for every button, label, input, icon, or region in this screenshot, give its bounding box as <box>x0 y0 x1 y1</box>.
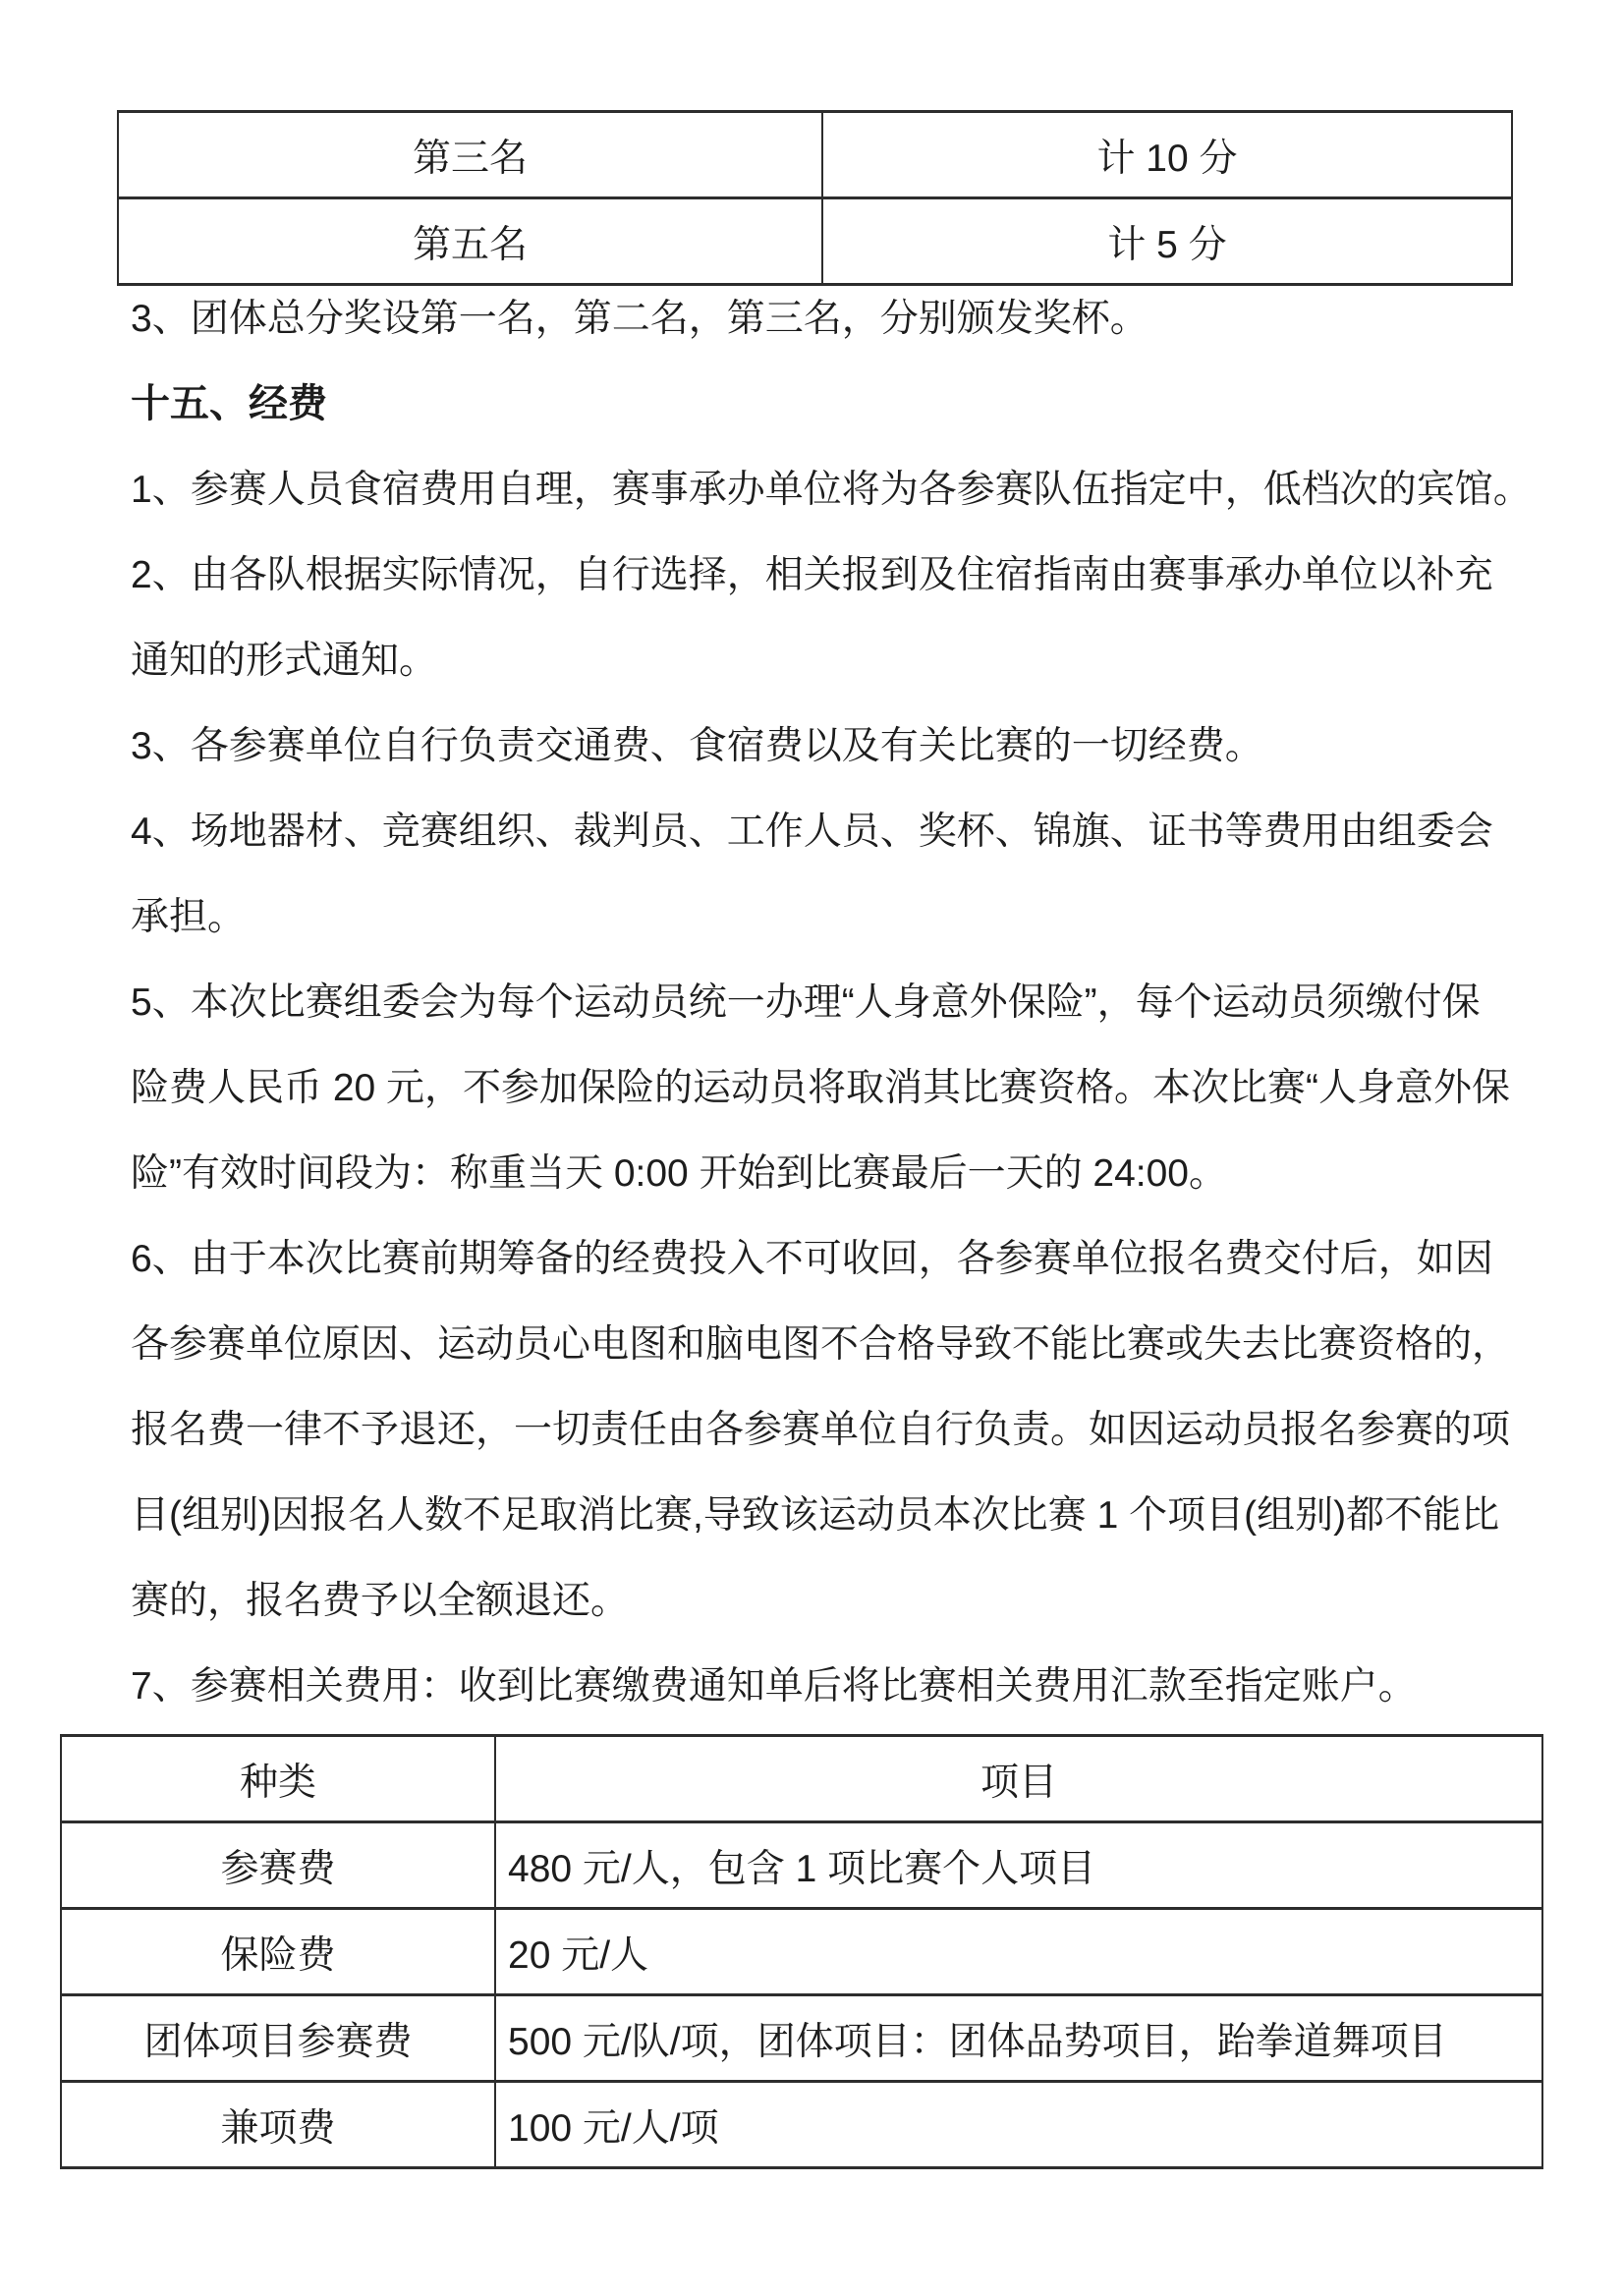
fee-header-item: 项目 <box>495 1736 1542 1822</box>
body-text: 3、团体总分奖设第一名，第二名，第三名，分别颁发奖杯。 十五、经费 1、参赛人员… <box>131 276 1526 1729</box>
fee-category-cell: 兼项费 <box>61 2082 495 2168</box>
item-2-line: 2、由各队根据实际情况，自行选择，相关报到及住宿指南由赛事承办单位以补充 <box>131 532 1526 618</box>
score-table-row: 第三名 计 10 分 <box>118 112 1512 198</box>
score-rank-cell: 第三名 <box>118 112 822 198</box>
fee-table: 种类 项目 参赛费 480 元/人，包含 1 项比赛个人项目 保险费 20 元/… <box>60 1734 1543 2169</box>
item-1-line: 1、参赛人员食宿费用自理，赛事承办单位将为各参赛队伍指定中，低档次的宾馆。 <box>131 447 1526 532</box>
fee-category-cell: 保险费 <box>61 1909 495 1995</box>
fee-item-cell: 480 元/人，包含 1 项比赛个人项目 <box>495 1822 1542 1909</box>
item-5-line: 险”有效时间段为：称重当天 0:00 开始到比赛最后一天的 24:00。 <box>131 1131 1526 1216</box>
item-6-line: 赛的，报名费予以全额退还。 <box>131 1558 1526 1644</box>
fee-table-row: 团体项目参赛费 500 元/队/项，团体项目：团体品势项目，跆拳道舞项目 <box>61 1995 1542 2082</box>
score-points-cell: 计 5 分 <box>822 198 1512 285</box>
item-2-line: 通知的形式通知。 <box>131 618 1526 703</box>
score-table-row: 第五名 计 5 分 <box>118 198 1512 285</box>
fee-table-row: 兼项费 100 元/人/项 <box>61 2082 1542 2168</box>
fee-table-row: 参赛费 480 元/人，包含 1 项比赛个人项目 <box>61 1822 1542 1909</box>
item-6-line: 报名费一律不予退还，一切责任由各参赛单位自行负责。如因运动员报名参赛的项 <box>131 1387 1526 1473</box>
fee-item-cell: 500 元/队/项，团体项目：团体品势项目，跆拳道舞项目 <box>495 1995 1542 2082</box>
item-4-line: 4、场地器材、竞赛组织、裁判员、工作人员、奖杯、锦旗、证书等费用由组委会 <box>131 789 1526 874</box>
item-6-line: 目(组别)因报名人数不足取消比赛,导致该运动员本次比赛 1 个项目(组别)都不能… <box>131 1473 1526 1558</box>
fee-item-cell: 100 元/人/项 <box>495 2082 1542 2168</box>
item-7-line: 7、参赛相关费用：收到比赛缴费通知单后将比赛相关费用汇款至指定账户。 <box>131 1644 1526 1729</box>
item-5-line: 5、本次比赛组委会为每个运动员统一办理“人身意外保险”，每个运动员须缴付保 <box>131 960 1526 1045</box>
item-5-line: 险费人民币 20 元，不参加保险的运动员将取消其比赛资格。本次比赛“人身意外保 <box>131 1045 1526 1131</box>
section-heading: 十五、经费 <box>131 362 1526 447</box>
item-4-line: 承担。 <box>131 874 1526 960</box>
document-page: 第三名 计 10 分 第五名 计 5 分 3、团体总分奖设第一名，第二名，第三名… <box>0 0 1624 2296</box>
score-rank-cell: 第五名 <box>118 198 822 285</box>
fee-table-row: 保险费 20 元/人 <box>61 1909 1542 1995</box>
score-table: 第三名 计 10 分 第五名 计 5 分 <box>117 110 1513 286</box>
item-6-line: 6、由于本次比赛前期筹备的经费投入不可收回，各参赛单位报名费交付后，如因 <box>131 1216 1526 1302</box>
fee-table-header-row: 种类 项目 <box>61 1736 1542 1822</box>
item-6-line: 各参赛单位原因、运动员心电图和脑电图不合格导致不能比赛或失去比赛资格的， <box>131 1302 1526 1387</box>
item-3-line: 3、各参赛单位自行负责交通费、食宿费以及有关比赛的一切经费。 <box>131 703 1526 789</box>
fee-item-cell: 20 元/人 <box>495 1909 1542 1995</box>
fee-header-category: 种类 <box>61 1736 495 1822</box>
fee-category-cell: 团体项目参赛费 <box>61 1995 495 2082</box>
fee-category-cell: 参赛费 <box>61 1822 495 1909</box>
score-points-cell: 计 10 分 <box>822 112 1512 198</box>
paragraph-team-award: 3、团体总分奖设第一名，第二名，第三名，分别颁发奖杯。 <box>131 276 1526 362</box>
